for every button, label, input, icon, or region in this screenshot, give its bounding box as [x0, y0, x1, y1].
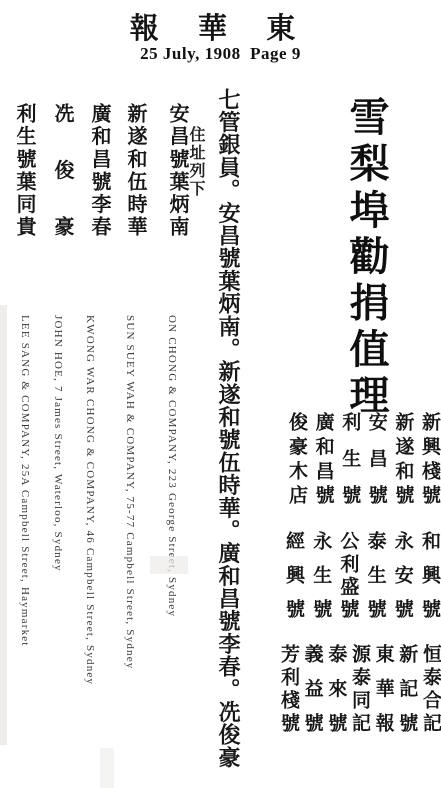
masthead-title: 報 華 東 — [0, 6, 441, 47]
directory-address: JOHN HOE, 7 James Street, Waterloo, Sydn… — [43, 315, 63, 572]
directory-name: 冼俊豪 — [44, 103, 72, 236]
directory-name: 廣和昌號李春 — [81, 103, 109, 236]
directory-name: 安昌號葉炳南 — [159, 103, 187, 236]
shop-name: 東華報 — [374, 644, 393, 732]
shop-group-2: 和興號 永安號 泰生號 公利盛號 永生號 經興號 — [284, 531, 439, 618]
shop-group-1: 新興棧號 新遂和號 安昌號 利生號 廣和昌號 俊豪木店 — [287, 412, 439, 504]
treasurers-line: 七管銀員。安昌號葉炳南。新遂和號伍時華。廣和昌號李春。冼俊豪 — [206, 88, 240, 768]
shop-name: 泰來號 — [326, 644, 345, 732]
shop-name: 利生號 — [340, 412, 359, 504]
shop-name: 安昌號 — [367, 412, 386, 504]
shop-name: 義益號 — [303, 644, 322, 732]
shop-name: 新遂和號 — [393, 412, 412, 504]
directory-address: LEE SANG & COMPANY, 25A Campbell Street,… — [10, 315, 30, 647]
shop-name: 永安號 — [393, 531, 412, 618]
directory-name: 利生號葉同貴 — [6, 103, 34, 236]
shop-name: 新興棧號 — [420, 412, 439, 504]
shop-name: 芳利棧號 — [279, 644, 298, 732]
scan-artifact — [0, 305, 7, 745]
shop-name: 和興號 — [420, 531, 439, 618]
shop-group-3: 恒泰合記 新記號 東華報 源泰同記 泰來號 義益號 芳利棧號 — [279, 644, 440, 732]
shop-name: 新記號 — [397, 644, 416, 732]
notice-title: 雪梨埠勸捐值理 — [334, 96, 386, 414]
directory-name: 新遂和伍時華 — [117, 103, 145, 236]
directory-address: KWONG WAR CHONG & COMPANY, 46 Campbell S… — [75, 315, 95, 685]
shop-name: 永生號 — [311, 531, 330, 618]
shop-name: 經興號 — [284, 531, 303, 618]
scan-artifact — [100, 748, 114, 788]
directory-address: SUN SUEY WAH & COMPANY, 75-77 Campbell S… — [115, 315, 135, 670]
shop-name: 源泰同記 — [350, 644, 369, 732]
shop-name: 廣和昌號 — [314, 412, 333, 504]
shop-name: 公利盛號 — [338, 531, 357, 618]
newspaper-page: 報 華 東 25 July, 1908 Page 9 雪梨埠勸捐值理 新興棧號 … — [0, 0, 441, 788]
shop-name: 恒泰合記 — [421, 644, 440, 732]
dateline: 25 July, 1908 Page 9 — [0, 44, 441, 64]
scan-artifact — [150, 556, 188, 574]
shop-name: 泰生號 — [366, 531, 385, 618]
shop-name: 俊豪木店 — [287, 412, 306, 504]
